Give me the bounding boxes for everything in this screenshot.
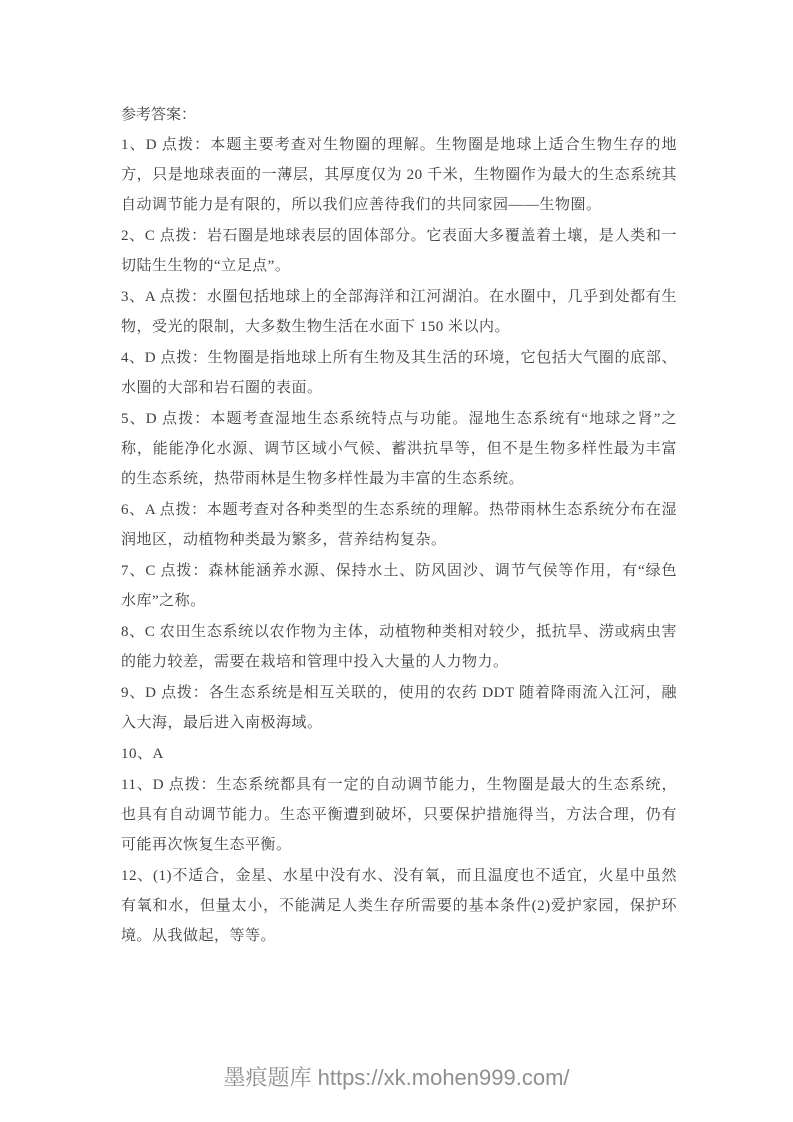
answer-item-8: 8、C 农田生态系统以农作物为主体，动植物种类相对较少，抵抗旱、涝或病虫害的能力… xyxy=(121,617,677,677)
answer-item-7: 7、C 点拨：森林能涵养水源、保持水土、防风固沙、调节气侯等作用，有“绿色水库”… xyxy=(121,556,677,616)
footer-site-name: 墨痕题库 xyxy=(223,1065,311,1090)
answer-item-10: 10、A xyxy=(121,739,677,769)
answer-item-9: 9、D 点拨：各生态系统是相互关联的，使用的农药 DDT 随着降雨流入江河，融入… xyxy=(121,678,677,738)
footer: 墨痕题库 https://xk.mohen999.com/ xyxy=(0,1063,793,1093)
answer-item-5: 5、D 点拨：本题考查湿地生态系统特点与功能。湿地生态系统有“地球之肾”之称，能… xyxy=(121,404,677,494)
answer-key-content: 参考答案： 1、D 点拨：本题主要考查对生物圈的理解。生物圈是地球上适合生物生存… xyxy=(121,100,677,952)
answer-item-1: 1、D 点拨：本题主要考查对生物圈的理解。生物圈是地球上适合生物生存的地方，只是… xyxy=(121,130,677,220)
answer-item-6: 6、A 点拨：本题考查对各种类型的生态系统的理解。热带雨林生态系统分布在湿润地区… xyxy=(121,495,677,555)
answer-item-3: 3、A 点拨：水圈包括地球上的全部海洋和江河湖泊。在水圈中，几乎到处都有生物，受… xyxy=(121,282,677,342)
page-title: 参考答案： xyxy=(121,100,677,130)
footer-site-url: https://xk.mohen999.com/ xyxy=(318,1065,570,1090)
document-page: { "document": { "title": "参考答案：", "answe… xyxy=(0,0,793,1122)
answer-item-4: 4、D 点拨：生物圈是指地球上所有生物及其生活的环境，它包括大气圈的底部、水圈的… xyxy=(121,343,677,403)
answer-item-2: 2、C 点拨：岩石圈是地球表层的固体部分。它表面大多覆盖着土壤，是人类和一切陆生… xyxy=(121,221,677,281)
answer-item-12: 12、(1)不适合，金星、水星中没有水、没有氧，而且温度也不适宜，火星中虽然有氧… xyxy=(121,861,677,951)
answer-item-11: 11、D 点拨：生态系统都具有一定的自动调节能力，生物圈是最大的生态系统，也具有… xyxy=(121,770,677,860)
